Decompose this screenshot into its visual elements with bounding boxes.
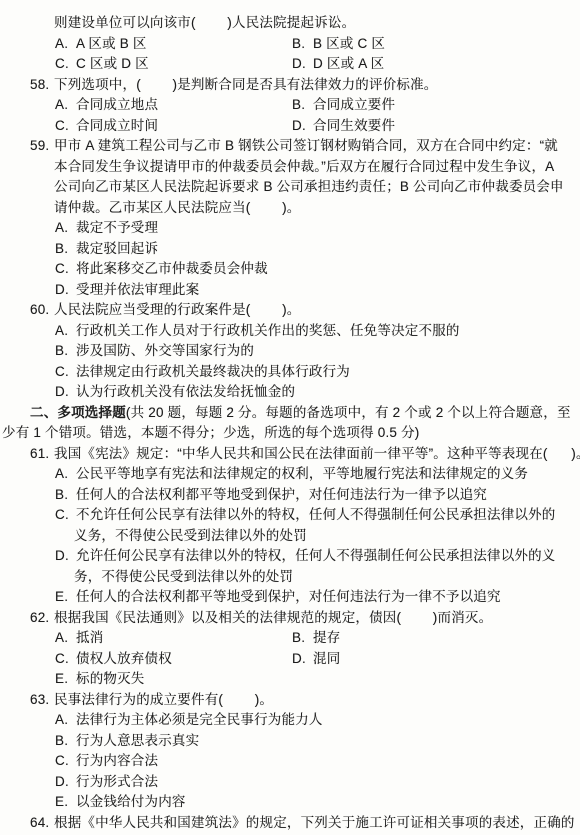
option-continuation-line: 务，不得使公民受到法律以外的处罚 <box>0 567 580 588</box>
option-cell-left: A.合同成立地点 <box>55 95 292 116</box>
option-label: C. <box>55 54 76 75</box>
option-text: 法律规定由行政机关最终裁决的具体行政行为 <box>76 364 350 379</box>
option-row-two-columns: C.C 区或 D 区D.D 区或 A 区 <box>0 54 580 75</box>
option-line: C.将此案移交乙市仲裁委员会仲裁 <box>0 259 580 280</box>
option-text: 裁定驳回起诉 <box>76 241 158 256</box>
option-line: A.法律行为主体必须是完全民事行为能力人 <box>0 710 580 731</box>
question-text: 人民法院应当受理的行政案件是( )。 <box>54 302 301 317</box>
option-label: A. <box>55 95 76 116</box>
option-text: 行为人意思表示真实 <box>76 733 199 748</box>
option-label: C. <box>55 751 69 772</box>
option-label: A. <box>55 218 68 239</box>
question-line: 58.下列选项中，( )是判断合同是否具有法律效力的评价标准。 <box>0 75 580 96</box>
option-row-two-columns: A.合同成立地点B.合同成立要件 <box>0 95 580 116</box>
option-text: 允许任何公民享有法律以外的特权，任何人不得强制任何公民承担法律以外的义 <box>76 548 556 563</box>
option-line: D.受理并依法审理此案 <box>0 280 580 301</box>
option-label: C. <box>55 116 76 137</box>
option-row-two-columns: C.合同成立时间D.合同生效要件 <box>0 116 580 137</box>
question-text: 则建设单位可以向该市( )人民法院提起诉讼。 <box>54 15 355 30</box>
option-line: E.任何人的合法权利都平等地受到保护，对任何违法行为一律不予以追究 <box>0 587 580 608</box>
question-text: 公司向乙市某区人民法院起诉要求 B 公司承担违约责任；B 公司向乙市仲裁委员会申 <box>54 179 564 194</box>
option-label: B. <box>55 341 68 362</box>
option-label: D. <box>55 546 69 567</box>
section-note: 少有 1 个错项。错选，本题不得分；少选，所选的每个选项得 0.5 分) <box>2 425 419 440</box>
option-label: E. <box>55 587 68 608</box>
option-text: 合同成立地点 <box>76 95 158 116</box>
option-text: 标的物灭失 <box>76 671 145 686</box>
option-text: 将此案移交乙市仲裁委员会仲裁 <box>76 261 268 276</box>
question-text: 我国《宪法》规定：“中华人民共和国公民在法律面前一律平等”。这种平等表现在( )… <box>54 446 580 461</box>
option-text: 合同成立时间 <box>76 116 158 137</box>
option-label: A. <box>55 464 68 485</box>
option-text: 债权人放弃债权 <box>76 649 172 670</box>
option-text: 提存 <box>313 628 340 649</box>
question-text: 根据我国《民法通则》以及相关的法律规范的规定，债因( )而消灭。 <box>54 610 492 625</box>
question-text: 根据《中华人民共和国建筑法》的规定，下列关于施工许可证相关事项的表述，正确的 <box>54 815 575 830</box>
question-line: 62.根据我国《民法通则》以及相关的法律规范的规定，债因( )而消灭。 <box>0 608 580 629</box>
option-label: A. <box>55 710 68 731</box>
option-line: D.行为形式合法 <box>0 772 580 793</box>
option-text: 任何人的合法权利都平等地受到保护，对任何违法行为一律予以追究 <box>76 487 487 502</box>
option-text: 以金钱给付为内容 <box>76 794 186 809</box>
option-text: 认为行政机关没有依法发给抚恤金的 <box>76 384 295 399</box>
option-label: C. <box>55 362 69 383</box>
option-label: C. <box>55 505 69 526</box>
option-line: B.任何人的合法权利都平等地受到保护，对任何违法行为一律予以追究 <box>0 485 580 506</box>
question-continuation-line: 则建设单位可以向该市( )人民法院提起诉讼。 <box>0 13 580 34</box>
option-text: B 区或 C 区 <box>313 34 385 55</box>
option-cell-right: D.D 区或 A 区 <box>292 54 384 75</box>
option-text: 行政机关工作人员对于行政机关作出的奖惩、任免等决定不服的 <box>76 323 460 338</box>
question-line: 64.根据《中华人民共和国建筑法》的规定，下列关于施工许可证相关事项的表述，正确… <box>0 813 580 834</box>
option-row-two-columns: A.抵消B.提存 <box>0 628 580 649</box>
option-line: C.法律规定由行政机关最终裁决的具体行政行为 <box>0 362 580 383</box>
option-line: A.裁定不予受理 <box>0 218 580 239</box>
option-line: E.标的物灭失 <box>0 669 580 690</box>
option-continuation-line: 义务，不得使公民受到法律以外的处罚 <box>0 526 580 547</box>
question-continuation-line: 本合同发生争议提请甲市的仲裁委员会仲裁。”后双方在履行合同过程中发生争议，A <box>0 157 580 178</box>
question-number: 63. <box>30 690 49 711</box>
option-cell-left: C.C 区或 D 区 <box>55 54 292 75</box>
option-label: A. <box>55 628 76 649</box>
option-cell-right: D.混同 <box>292 649 340 670</box>
option-label: D. <box>292 649 313 670</box>
question-number: 58. <box>30 75 49 96</box>
option-label: E. <box>55 669 68 690</box>
option-label: B. <box>292 95 313 116</box>
option-cell-left: A.抵消 <box>55 628 292 649</box>
option-text: 混同 <box>313 649 340 670</box>
question-line: 60.人民法院应当受理的行政案件是( )。 <box>0 300 580 321</box>
option-label: A. <box>55 321 68 342</box>
option-cell-right: B.合同成立要件 <box>292 95 395 116</box>
option-row-two-columns: C.债权人放弃债权D.混同 <box>0 649 580 670</box>
option-label: C. <box>55 259 69 280</box>
option-label: B. <box>292 628 313 649</box>
option-text: A 区或 B 区 <box>76 34 147 55</box>
question-text: 甲市 A 建筑工程公司与乙市 B 钢铁公司签订钢材购销合同，双方在合同中约定：“… <box>54 138 558 153</box>
option-line: E.以金钱给付为内容 <box>0 792 580 813</box>
option-label: C. <box>55 649 76 670</box>
option-text: 合同成立要件 <box>313 95 395 116</box>
question-text: 民事法律行为的成立要件有( )。 <box>54 692 273 707</box>
question-text: 下列选项中，( )是判断合同是否具有法律效力的评价标准。 <box>54 77 438 92</box>
option-line: A.行政机关工作人员对于行政机关作出的奖惩、任免等决定不服的 <box>0 321 580 342</box>
option-text: 公民平等地享有宪法和法律规定的权利，平等地履行宪法和法律规定的义务 <box>76 466 528 481</box>
question-text: 请仲裁。乙市某区人民法院应当( )。 <box>54 200 301 215</box>
question-number: 60. <box>30 300 49 321</box>
option-cell-right: B.提存 <box>292 628 340 649</box>
question-continuation-line: 请仲裁。乙市某区人民法院应当( )。 <box>0 198 580 219</box>
option-line: B.涉及国防、外交等国家行为的 <box>0 341 580 362</box>
option-label: B. <box>55 239 68 260</box>
option-line: D.允许任何公民享有法律以外的特权，任何人不得强制任何公民承担法律以外的义 <box>0 546 580 567</box>
option-row-two-columns: A.A 区或 B 区B.B 区或 C 区 <box>0 34 580 55</box>
option-cell-left: A.A 区或 B 区 <box>55 34 292 55</box>
exam-document: 则建设单位可以向该市( )人民法院提起诉讼。A.A 区或 B 区B.B 区或 C… <box>0 0 580 833</box>
option-line: D.认为行政机关没有依法发给抚恤金的 <box>0 382 580 403</box>
question-text: 本合同发生争议提请甲市的仲裁委员会仲裁。”后双方在履行合同过程中发生争议，A <box>54 159 554 174</box>
option-text: D 区或 A 区 <box>313 54 384 75</box>
question-number: 64. <box>30 813 49 834</box>
question-number: 62. <box>30 608 49 629</box>
option-text: 合同生效要件 <box>313 116 395 137</box>
section-title: 二、多项选择题 <box>30 405 126 420</box>
question-line: 61.我国《宪法》规定：“中华人民共和国公民在法律面前一律平等”。这种平等表现在… <box>0 444 580 465</box>
option-label: D. <box>55 382 69 403</box>
option-cell-right: D.合同生效要件 <box>292 116 395 137</box>
question-number: 61. <box>30 444 49 465</box>
option-text: C 区或 D 区 <box>76 54 149 75</box>
option-cell-right: B.B 区或 C 区 <box>292 34 385 55</box>
option-line: C.行为内容合法 <box>0 751 580 772</box>
option-text: 受理并依法审理此案 <box>76 282 199 297</box>
option-label: E. <box>55 792 68 813</box>
option-text: 任何人的合法权利都平等地受到保护，对任何违法行为一律不予以追究 <box>76 589 501 604</box>
option-cell-left: C.合同成立时间 <box>55 116 292 137</box>
option-text: 法律行为主体必须是完全民事行为能力人 <box>76 712 323 727</box>
option-text: 行为形式合法 <box>76 774 158 789</box>
question-number: 59. <box>30 136 49 157</box>
option-label: B. <box>55 731 68 752</box>
option-line: C.不允许任何公民享有法律以外的特权，任何人不得强制任何公民承担法律以外的 <box>0 505 580 526</box>
option-label: D. <box>292 54 313 75</box>
option-text: 抵消 <box>76 628 103 649</box>
option-label: D. <box>55 772 69 793</box>
option-text: 裁定不予受理 <box>76 220 158 235</box>
section-heading-line: 二、多项选择题(共 20 题，每题 2 分。每题的备选项中，有 2 个或 2 个… <box>0 403 580 424</box>
option-label: B. <box>292 34 313 55</box>
option-label: D. <box>55 280 69 301</box>
section-note-continuation-line: 少有 1 个错项。错选，本题不得分；少选，所选的每个选项得 0.5 分) <box>0 423 580 444</box>
option-label: D. <box>292 116 313 137</box>
option-cell-left: C.债权人放弃债权 <box>55 649 292 670</box>
option-label: B. <box>55 485 68 506</box>
option-text: 涉及国防、外交等国家行为的 <box>76 343 254 358</box>
option-text: 不允许任何公民享有法律以外的特权，任何人不得强制任何公民承担法律以外的 <box>76 507 556 522</box>
option-line: A.公民平等地享有宪法和法律规定的权利，平等地履行宪法和法律规定的义务 <box>0 464 580 485</box>
option-line: B.裁定驳回起诉 <box>0 239 580 260</box>
section-note: (共 20 题，每题 2 分。每题的备选项中，有 2 个或 2 个以上符合题意，… <box>126 405 571 420</box>
option-label: A. <box>55 34 76 55</box>
question-line: 63.民事法律行为的成立要件有( )。 <box>0 690 580 711</box>
question-line: 59.甲市 A 建筑工程公司与乙市 B 钢铁公司签订钢材购销合同，双方在合同中约… <box>0 136 580 157</box>
option-text: 行为内容合法 <box>76 753 158 768</box>
option-line: B.行为人意思表示真实 <box>0 731 580 752</box>
option-text: 务，不得使公民受到法律以外的处罚 <box>74 569 293 584</box>
question-continuation-line: 公司向乙市某区人民法院起诉要求 B 公司承担违约责任；B 公司向乙市仲裁委员会申 <box>0 177 580 198</box>
option-text: 义务，不得使公民受到法律以外的处罚 <box>74 528 307 543</box>
